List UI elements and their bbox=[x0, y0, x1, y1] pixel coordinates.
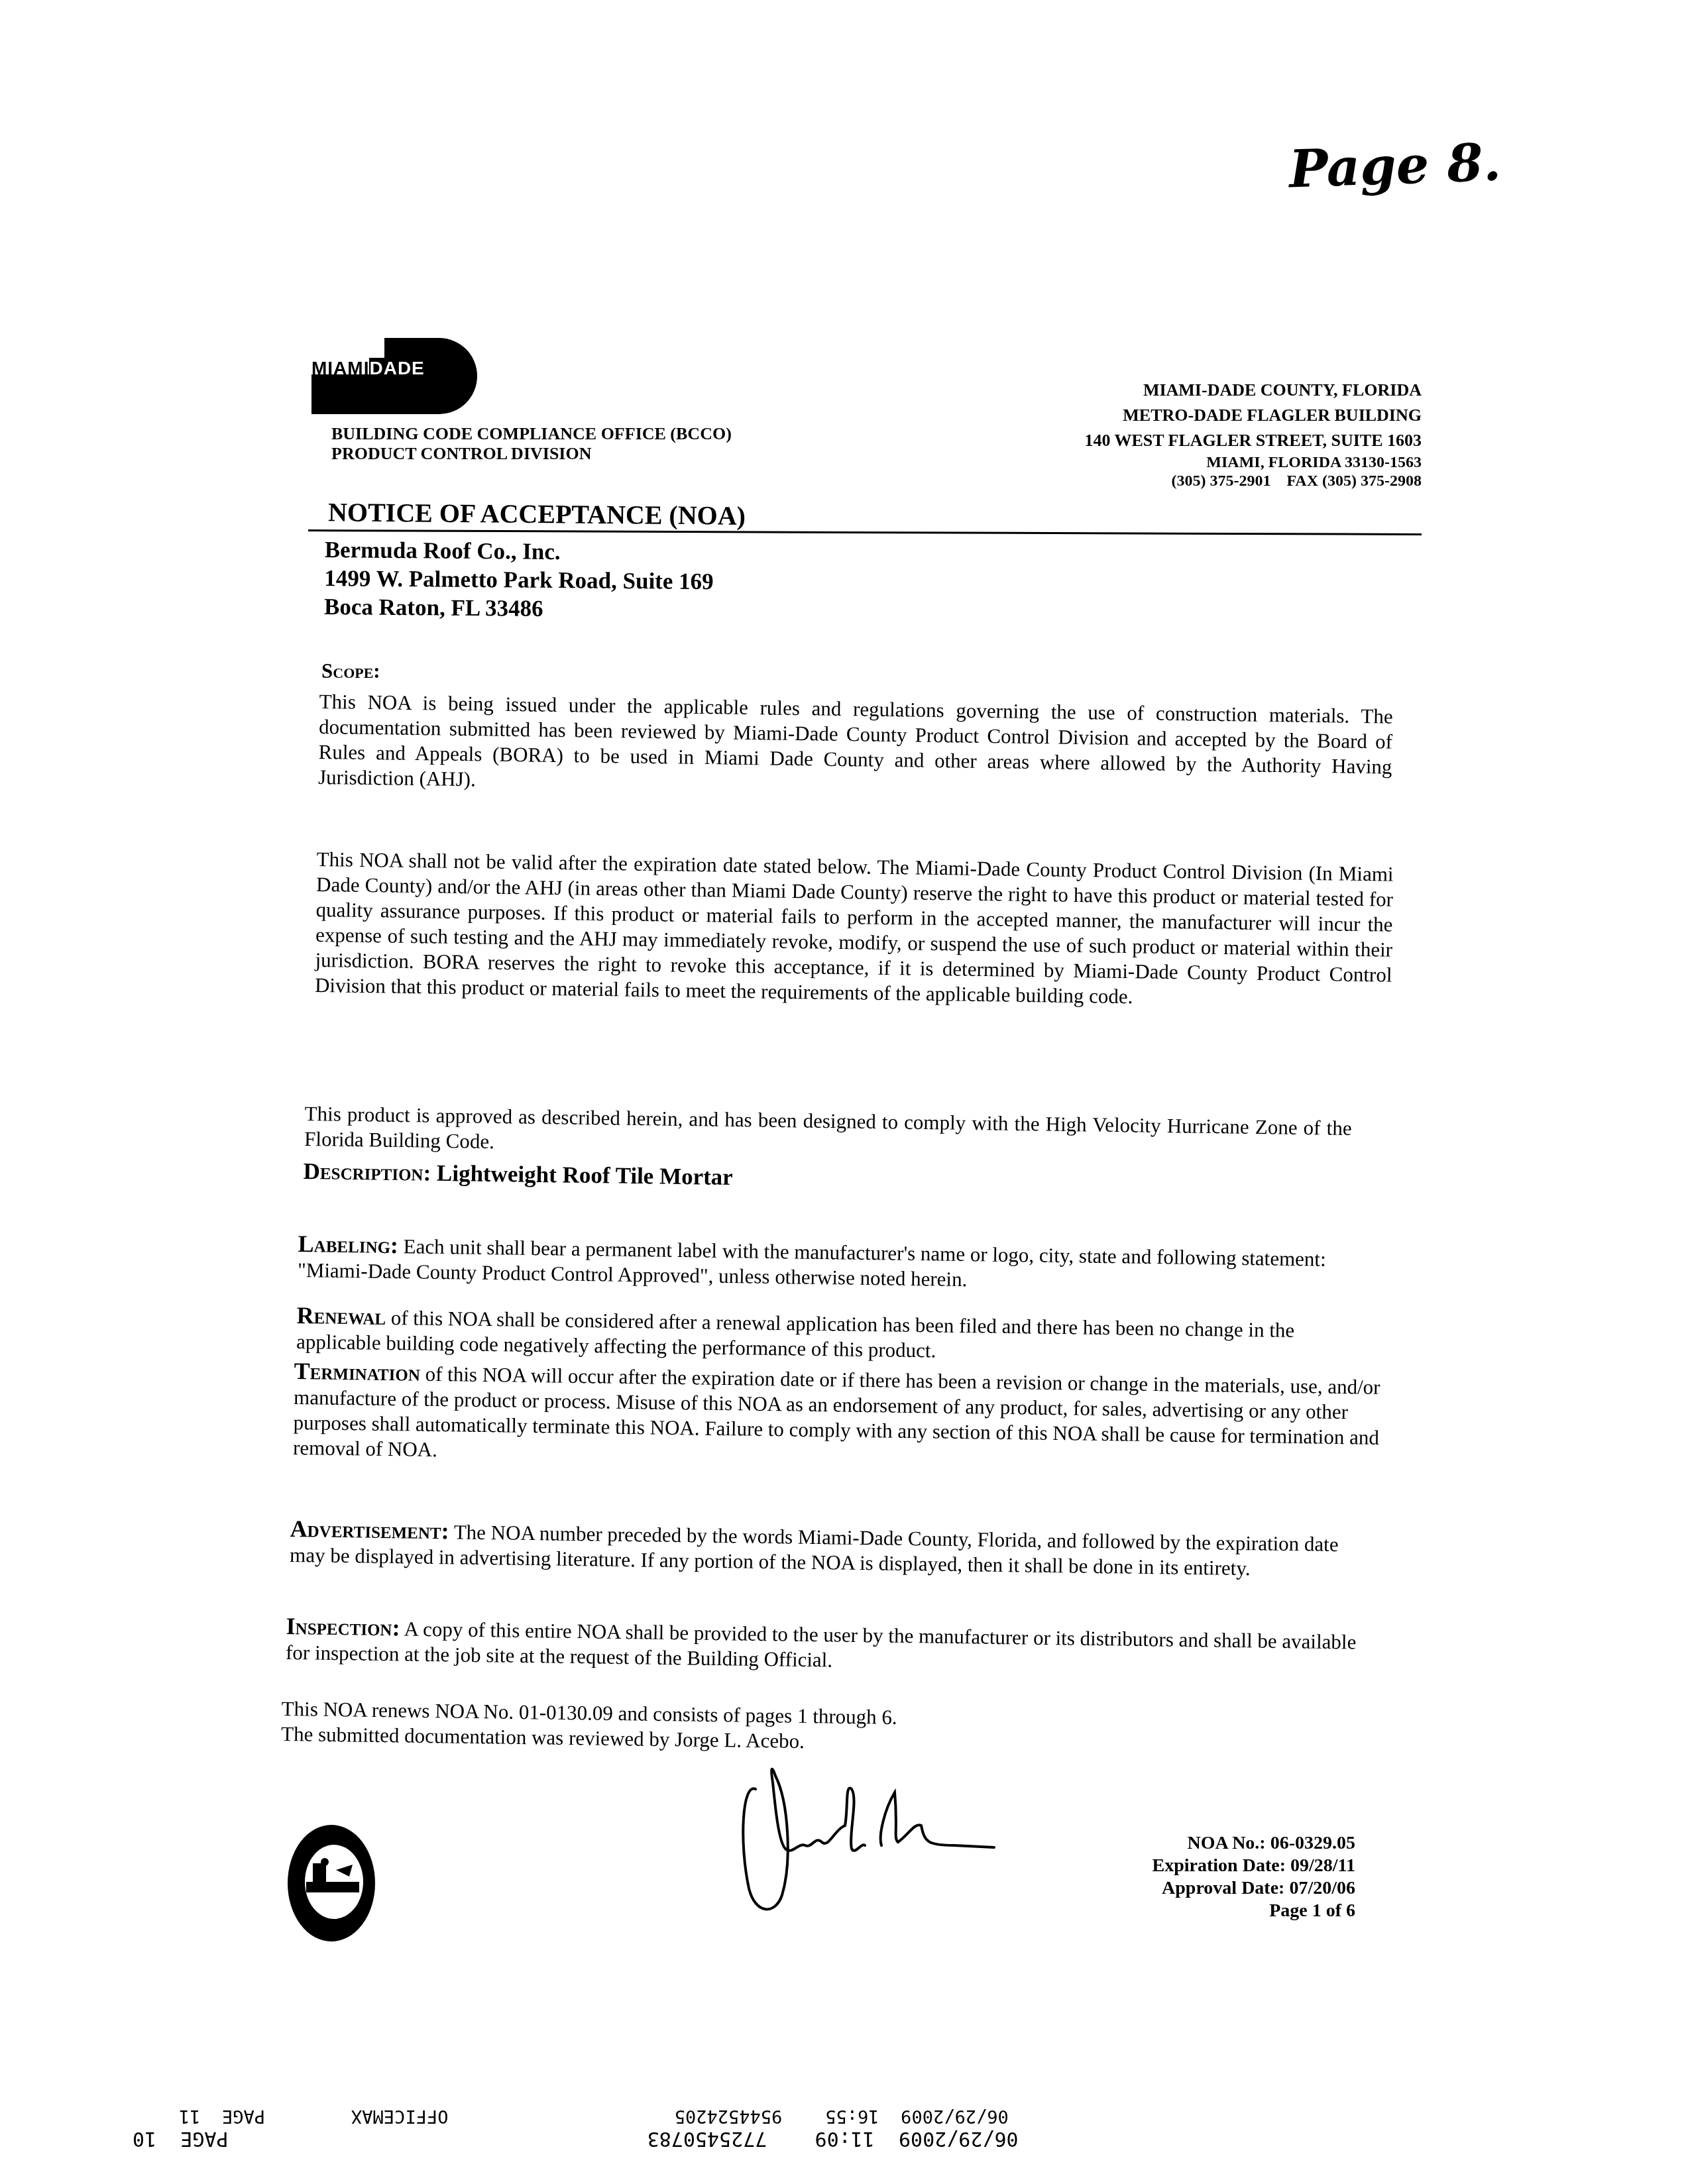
termination-text: of this NOA will occur after the expirat… bbox=[293, 1362, 1380, 1461]
renewal-note: This NOA renews NOA No. 01-0130.09 and c… bbox=[281, 1696, 897, 1755]
logo-text: MIAMIDADE bbox=[311, 358, 425, 379]
scope-paragraph-1: This NOA is being issued under the appli… bbox=[318, 689, 1393, 805]
fax-number: FAX (305) 375-2908 bbox=[1286, 472, 1422, 490]
phone-fax: (305) 375-2901 FAX (305) 375-2908 bbox=[1084, 472, 1422, 490]
renewal-text: of this NOA shall be considered after a … bbox=[296, 1306, 1294, 1362]
labeling-label: Labeling: bbox=[298, 1230, 398, 1258]
labeling-text: Each unit shall bear a permanent label w… bbox=[298, 1234, 1326, 1291]
handwritten-page-number: Page 8. bbox=[1288, 132, 1502, 199]
miami-dade-logo: MIAMIDADE bbox=[311, 338, 484, 414]
logo-bar bbox=[311, 374, 404, 414]
description-value: Lightweight Roof Tile Mortar bbox=[437, 1160, 733, 1190]
logo-text-dade: DADE bbox=[369, 358, 424, 378]
termination-section: Termination of this NOA will occur after… bbox=[293, 1358, 1381, 1476]
office-name: BUILDING CODE COMPLIANCE OFFICE (BCCO) bbox=[331, 424, 732, 444]
city-state-zip: MIAMI, FLORIDA 33130-1563 bbox=[1084, 453, 1422, 472]
document-title: NOTICE OF ACCEPTANCE (NOA) bbox=[328, 496, 746, 531]
applicant-city: Boca Raton, FL 33486 bbox=[324, 592, 714, 624]
inspection-label: Inspection: bbox=[286, 1613, 400, 1641]
inspection-text: A copy of this entire NOA shall be provi… bbox=[286, 1617, 1357, 1671]
scope-paragraph-3: This product is approved as described he… bbox=[304, 1101, 1352, 1166]
description-label: Description: bbox=[303, 1158, 431, 1186]
renewal-label: Renewal bbox=[296, 1302, 386, 1330]
logo-text-miami: MIAMI bbox=[311, 358, 369, 378]
fax-header-line-1: 06/29/2009 11:09 7725450783 PAGE 10 bbox=[133, 2127, 1019, 2150]
noa-info-block: NOA No.: 06-0329.05 Expiration Date: 09/… bbox=[1153, 1832, 1355, 1922]
advertisement-section: Advertisement: The NOA number preceded b… bbox=[290, 1516, 1377, 1583]
title-divider bbox=[308, 529, 1422, 535]
product-description: Description: Lightweight Roof Tile Morta… bbox=[303, 1158, 733, 1191]
street-address: 140 WEST FLAGLER STREET, SUITE 1603 bbox=[1084, 428, 1422, 453]
signature-icon bbox=[729, 1763, 1100, 1922]
applicant-address: Bermuda Roof Co., Inc. 1499 W. Palmetto … bbox=[324, 535, 714, 624]
noa-number: NOA No.: 06-0329.05 bbox=[1153, 1832, 1355, 1855]
renewal-section: Renewal of this NOA shall be considered … bbox=[296, 1303, 1384, 1370]
approval-date: Approval Date: 07/20/06 bbox=[1153, 1877, 1355, 1900]
division-name: PRODUCT CONTROL DIVISION bbox=[331, 444, 732, 464]
applicant-name: Bermuda Roof Co., Inc. bbox=[325, 535, 714, 567]
labeling-section: Labeling: Each unit shall bear a permane… bbox=[298, 1231, 1385, 1298]
county-address-block: MIAMI-DADE COUNTY, FLORIDA METRO-DADE FL… bbox=[1084, 378, 1422, 490]
county-seal-icon bbox=[286, 1824, 376, 1943]
county-name: MIAMI-DADE COUNTY, FLORIDA bbox=[1084, 378, 1422, 403]
scope-paragraph-2: This NOA shall not be valid after the ex… bbox=[315, 847, 1394, 1013]
applicant-street: 1499 W. Palmetto Park Road, Suite 169 bbox=[324, 564, 714, 596]
fax-header-line-2: 06/29/2009 16:55 9544524205 OFFICEMAX PA… bbox=[179, 2106, 1009, 2126]
termination-label: Termination bbox=[294, 1358, 420, 1386]
phone-number: (305) 375-2901 bbox=[1171, 472, 1270, 490]
advertisement-label: Advertisement: bbox=[290, 1515, 449, 1544]
building-name: METRO-DADE FLAGLER BUILDING bbox=[1084, 403, 1422, 428]
scope-heading: Scope: bbox=[321, 659, 380, 683]
inspection-section: Inspection: A copy of this entire NOA sh… bbox=[286, 1613, 1373, 1680]
office-block: BUILDING CODE COMPLIANCE OFFICE (BCCO) P… bbox=[331, 424, 732, 464]
expiration-date: Expiration Date: 09/28/11 bbox=[1153, 1855, 1355, 1877]
page-of-pages: Page 1 of 6 bbox=[1153, 1900, 1355, 1922]
